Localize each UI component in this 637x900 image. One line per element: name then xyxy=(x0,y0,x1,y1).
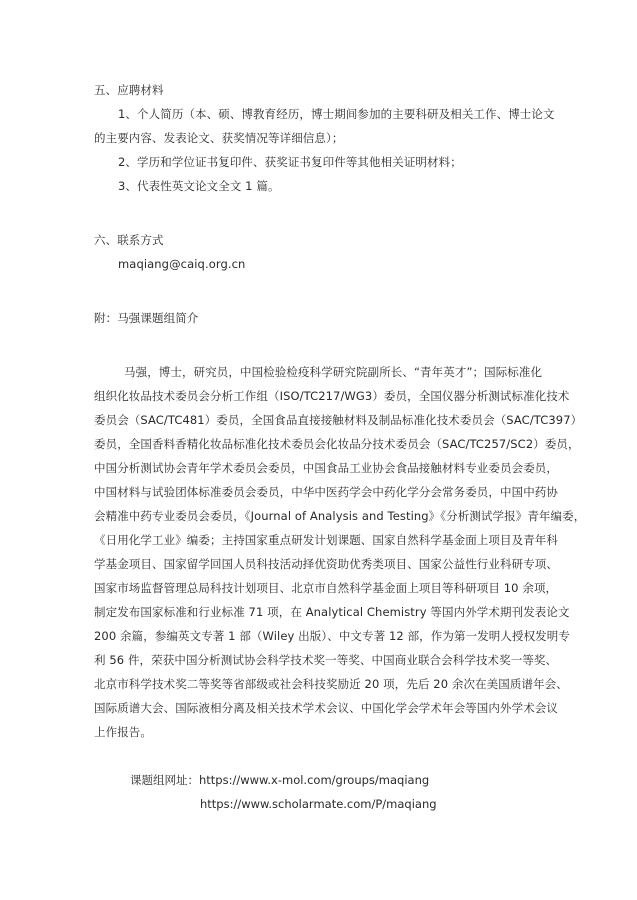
bio-line: 《日用化学工业》编委；主持国家重点研发计划课题、国家自然科学基金面上项目及青年科 xyxy=(94,528,544,552)
material-item-3: 3、代表性英文论文全文 1 篇。 xyxy=(94,174,544,198)
section-heading-application-materials: 五、应聘材料 xyxy=(94,78,544,102)
spacer xyxy=(94,276,544,306)
bio-line: 中国分析测试协会青年学术委员会委员，中国食品工业协会食品接触材料专业委员会委员， xyxy=(94,456,544,480)
spacer xyxy=(94,198,544,228)
website-link-xmol[interactable]: https://www.x-mol.com/groups/maqiang xyxy=(199,773,429,787)
bio-line: 马强，博士，研究员，中国检验检疫科学研究院副所长、“青年英才”；国际标准化 xyxy=(94,360,544,384)
website-row-1: 课题组网址：https://www.x-mol.com/groups/maqia… xyxy=(94,768,544,792)
spacer xyxy=(94,744,544,768)
bio-line: 国家市场监督管理总局科技计划项目、北京市自然科学基金面上项目等科研项目 10 余… xyxy=(94,576,544,600)
group-bio: 马强，博士，研究员，中国检验检疫科学研究院副所长、“青年英才”；国际标准化 组织… xyxy=(94,360,544,744)
material-item-1-line1: 1、个人简历（本、硕、博教育经历，博士期间参加的主要科研及相关工作、博士论文 xyxy=(94,102,544,126)
spacer xyxy=(94,330,544,360)
appendix-heading: 附：马强课题组简介 xyxy=(94,306,544,330)
bio-line: 中国材料与试验团体标准委员会委员，中华中医药学会中药化学分会常务委员，中国中药协 xyxy=(94,480,544,504)
bio-line: 学基金项目、国家留学回国人员科技活动择优资助优秀类项目、国家公益性行业科研专项、 xyxy=(94,552,544,576)
section-heading-contact: 六、联系方式 xyxy=(94,228,544,252)
bio-line: 组织化妆品技术委员会分析工作组（ISO/TC217/WG3）委员，全国仪器分析测… xyxy=(94,384,544,408)
website-label: 课题组网址： xyxy=(130,773,199,787)
website-row-2: https://www.scholarmate.com/P/maqiang xyxy=(94,792,544,816)
bio-line: 制定发布国家标准和行业标准 71 项，在 Analytical Chemistr… xyxy=(94,600,544,624)
bio-line: 上作报告。 xyxy=(94,720,544,744)
bio-line: 委员，全国香料香精化妆品标准化技术委员会化妆品分技术委员会（SAC/TC257/… xyxy=(94,432,544,456)
group-websites: 课题组网址：https://www.x-mol.com/groups/maqia… xyxy=(94,768,544,816)
contact-email[interactable]: maqiang@caiq.org.cn xyxy=(94,252,544,276)
bio-line: 委员会（SAC/TC481）委员，全国食品直接接触材料及制品标准化技术委员会（S… xyxy=(94,408,544,432)
bio-line: 利 56 件，荣获中国分析测试协会科学技术奖一等奖、中国商业联合会科学技术奖一等… xyxy=(94,648,544,672)
bio-line: 200 余篇，参编英文专著 1 部（Wiley 出版）、中文专著 12 部，作为… xyxy=(94,624,544,648)
bio-line: 北京市科学技术奖二等奖等省部级或社会科技奖励近 20 项，先后 20 余次在美国… xyxy=(94,672,544,696)
material-item-1-line2: 的主要内容、发表论文、获奖情况等详细信息）； xyxy=(94,126,544,150)
bio-line: 国际质谱大会、国际液相分离及相关技术学术会议、中国化学会学术年会等国内外学术会议 xyxy=(94,696,544,720)
website-link-scholarmate[interactable]: https://www.scholarmate.com/P/maqiang xyxy=(200,797,437,811)
material-item-2: 2、学历和学位证书复印件、获奖证书复印件等其他相关证明材料； xyxy=(94,150,544,174)
document-page: 五、应聘材料 1、个人简历（本、硕、博教育经历，博士期间参加的主要科研及相关工作… xyxy=(94,78,544,816)
bio-line: 会精准中药专业委员会委员，《Journal of Analysis and Te… xyxy=(94,504,544,528)
